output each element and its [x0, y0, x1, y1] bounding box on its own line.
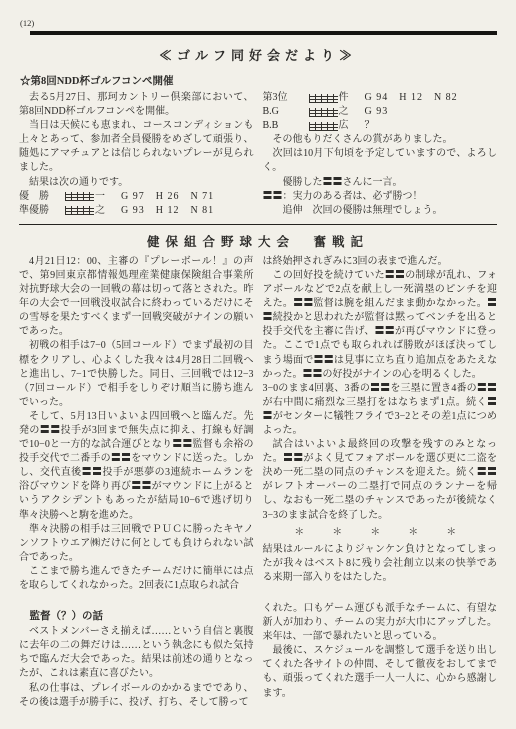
top-rule: [30, 31, 497, 35]
golf-right-column: 第3位 件 G 94 H 12 N 82 B.G 之 G 93 B.B 広 ？ …: [263, 91, 498, 218]
result-scores: G 94 H 12 N 82: [365, 91, 458, 105]
golf-section-title: ≪ゴルフ同好会だより≫: [19, 45, 497, 64]
asterisk-separator: ＊ ＊ ＊ ＊ ＊: [263, 526, 498, 540]
redacted-name: [309, 94, 338, 103]
baseball-paragraph: 3−0のまま4回裏、3番の〓〓を三塁に置き4番の〓〓が右中間に痛烈な三塁打をはな…: [263, 382, 498, 438]
result-name: 広: [309, 119, 365, 133]
name-suffix: 之: [339, 105, 349, 119]
golf-paragraph: 当日は天候にも恵まれ、コースコンディションも上々とあって、参加者全員優勝をめざし…: [19, 119, 254, 175]
golf-paragraph: 次回は10月下旬頃を予定していますので、よろしく。: [263, 147, 498, 175]
name-suffix: 件: [339, 91, 349, 105]
baseball-paragraph: 試合はいよいよ最終回の攻撃を残すのみとなった。〓〓がよく見てフォアボールを選び更…: [263, 438, 498, 523]
golf-paragraph: 〓〓：実力のある者は、必ず勝つ！: [263, 190, 498, 204]
golf-results-list: 第3位 件 G 94 H 12 N 82 B.G 之 G 93 B.B 広 ？: [263, 91, 498, 133]
result-rank: 準優勝: [19, 204, 65, 218]
result-name: 之: [309, 105, 365, 119]
result-name: 之: [65, 204, 121, 218]
baseball-left-column: 4月21日12：00、主審の『プレーボール！』の声で、第9回東京都情報処理産業健…: [19, 255, 254, 710]
result-name: 件: [309, 91, 365, 105]
baseball-paragraph: 最後に、スケジュールを調整して選手を送り出してくれた各サイトの仲間、そして徹夜を…: [263, 644, 498, 700]
baseball-paragraph: ベストメンバーさえ揃えば……という自信と裏腹に去年の二の舞だけは……という執念に…: [19, 625, 254, 681]
baseball-columns: 4月21日12：00、主審の『プレーボール！』の声で、第9回東京都情報処理産業健…: [19, 255, 497, 710]
baseball-paragraph: 4月21日12：00、主審の『プレーボール！』の声で、第9回東京都情報処理産業健…: [19, 255, 254, 340]
name-suffix: 広: [339, 119, 349, 133]
golf-results-list: 優 勝 一 G 97 H 26 N 71 準優勝 之 G 93 H 12 N 8…: [19, 190, 254, 218]
baseball-right-column: は終始押されぎみに3回の表まで進んだ。 この回好投を続けていた〓〓の制球が乱れ、…: [263, 255, 498, 710]
redacted-name: [309, 122, 338, 131]
baseball-paragraph: 私の仕事は、プレイボールのかかるまでであり、その後は選手が勝手に、投げ、打ち、そ…: [19, 682, 254, 710]
baseball-paragraph: 準々決勝の相手は三回戦でＰＵＣに勝ったキヤノンソフトウエア㈱だけに何としても負け…: [19, 523, 254, 565]
result-name: 一: [65, 190, 121, 204]
result-rank: B.G: [263, 105, 309, 119]
golf-paragraph: 去る5月27日、那珂カントリー倶楽部において、第8回NDD杯ゴルフコンペを開催。: [19, 91, 254, 119]
baseball-section-title: 健保組合野球大会 奮戦記: [19, 232, 497, 250]
masthead: (12): [19, 13, 497, 35]
golf-columns: 去る5月27日、那珂カントリー倶楽部において、第8回NDD杯ゴルフコンペを開催。…: [19, 91, 497, 218]
baseball-paragraph: ここまで勝ち進んできたチームだけに簡単には点を取らしてくれなかった。2回表に1点…: [19, 565, 254, 593]
golf-subheading: ☆第8回NDD杯ゴルフコンペ開催: [20, 73, 497, 88]
golf-result-row: 優 勝 一 G 97 H 26 N 71: [19, 190, 254, 204]
golf-paragraph: 優勝した〓〓さんに一言。: [263, 176, 498, 190]
golf-result-row: B.G 之 G 93: [263, 105, 498, 119]
result-rank: B.B: [263, 119, 309, 133]
manager-comment-heading: 監督（？）の話: [19, 610, 254, 624]
page-number: (12): [20, 18, 34, 28]
result-scores: G 93 H 12 N 81: [121, 204, 214, 218]
baseball-paragraph: この回好投を続けていた〓〓の制球が乱れ、フォアボールなどで2点を献上し一死満塁の…: [263, 269, 498, 382]
baseball-paragraph: 結果はルールによりジャンケン負けとなってしまったが我々はベスト8に残り会社創立以…: [263, 543, 498, 585]
golf-left-column: 去る5月27日、那珂カントリー倶楽部において、第8回NDD杯ゴルフコンペを開催。…: [19, 91, 254, 218]
result-scores: G 93: [365, 105, 389, 119]
result-rank: 第3位: [263, 91, 309, 105]
name-suffix: 一: [95, 190, 105, 204]
golf-result-row: 準優勝 之 G 93 H 12 N 81: [19, 204, 254, 218]
name-suffix: 之: [95, 204, 105, 218]
redacted-name: [65, 206, 94, 215]
result-scores: ？: [365, 119, 376, 133]
golf-paragraph: 追伸 次回の優勝は無理でしょう。: [263, 204, 498, 218]
redacted-name: [309, 108, 338, 117]
result-scores: G 97 H 26 N 71: [121, 190, 214, 204]
golf-result-row: 第3位 件 G 94 H 12 N 82: [263, 91, 498, 105]
redacted-name: [65, 192, 94, 201]
baseball-paragraph: そして、5月13日いよいよ四回戦へと臨んだ。先発の〓〓投手が3回まで無失点に抑え…: [19, 410, 254, 523]
baseball-paragraph: は終始押されぎみに3回の表まで進んだ。: [263, 255, 498, 269]
golf-paragraph: その他もりだくさんの賞がありました。: [263, 133, 498, 147]
baseball-paragraph: 初戦の相手は7−0（5回コールド）でまず最初の目標をクリアし、心よくした我々は4…: [19, 339, 254, 409]
golf-result-row: B.B 広 ？: [263, 119, 498, 133]
baseball-paragraph: くれた。口もゲーム運びも派手なチームに、有望な新人が加わり、チームの実力が大巾に…: [263, 602, 498, 644]
golf-paragraph: 結果は次の通りです。: [19, 176, 254, 190]
newsletter-page: (12) ≪ゴルフ同好会だより≫ ☆第8回NDD杯ゴルフコンペ開催 去る5月27…: [0, 0, 516, 729]
result-rank: 優 勝: [19, 190, 65, 204]
section-divider: [19, 224, 497, 225]
